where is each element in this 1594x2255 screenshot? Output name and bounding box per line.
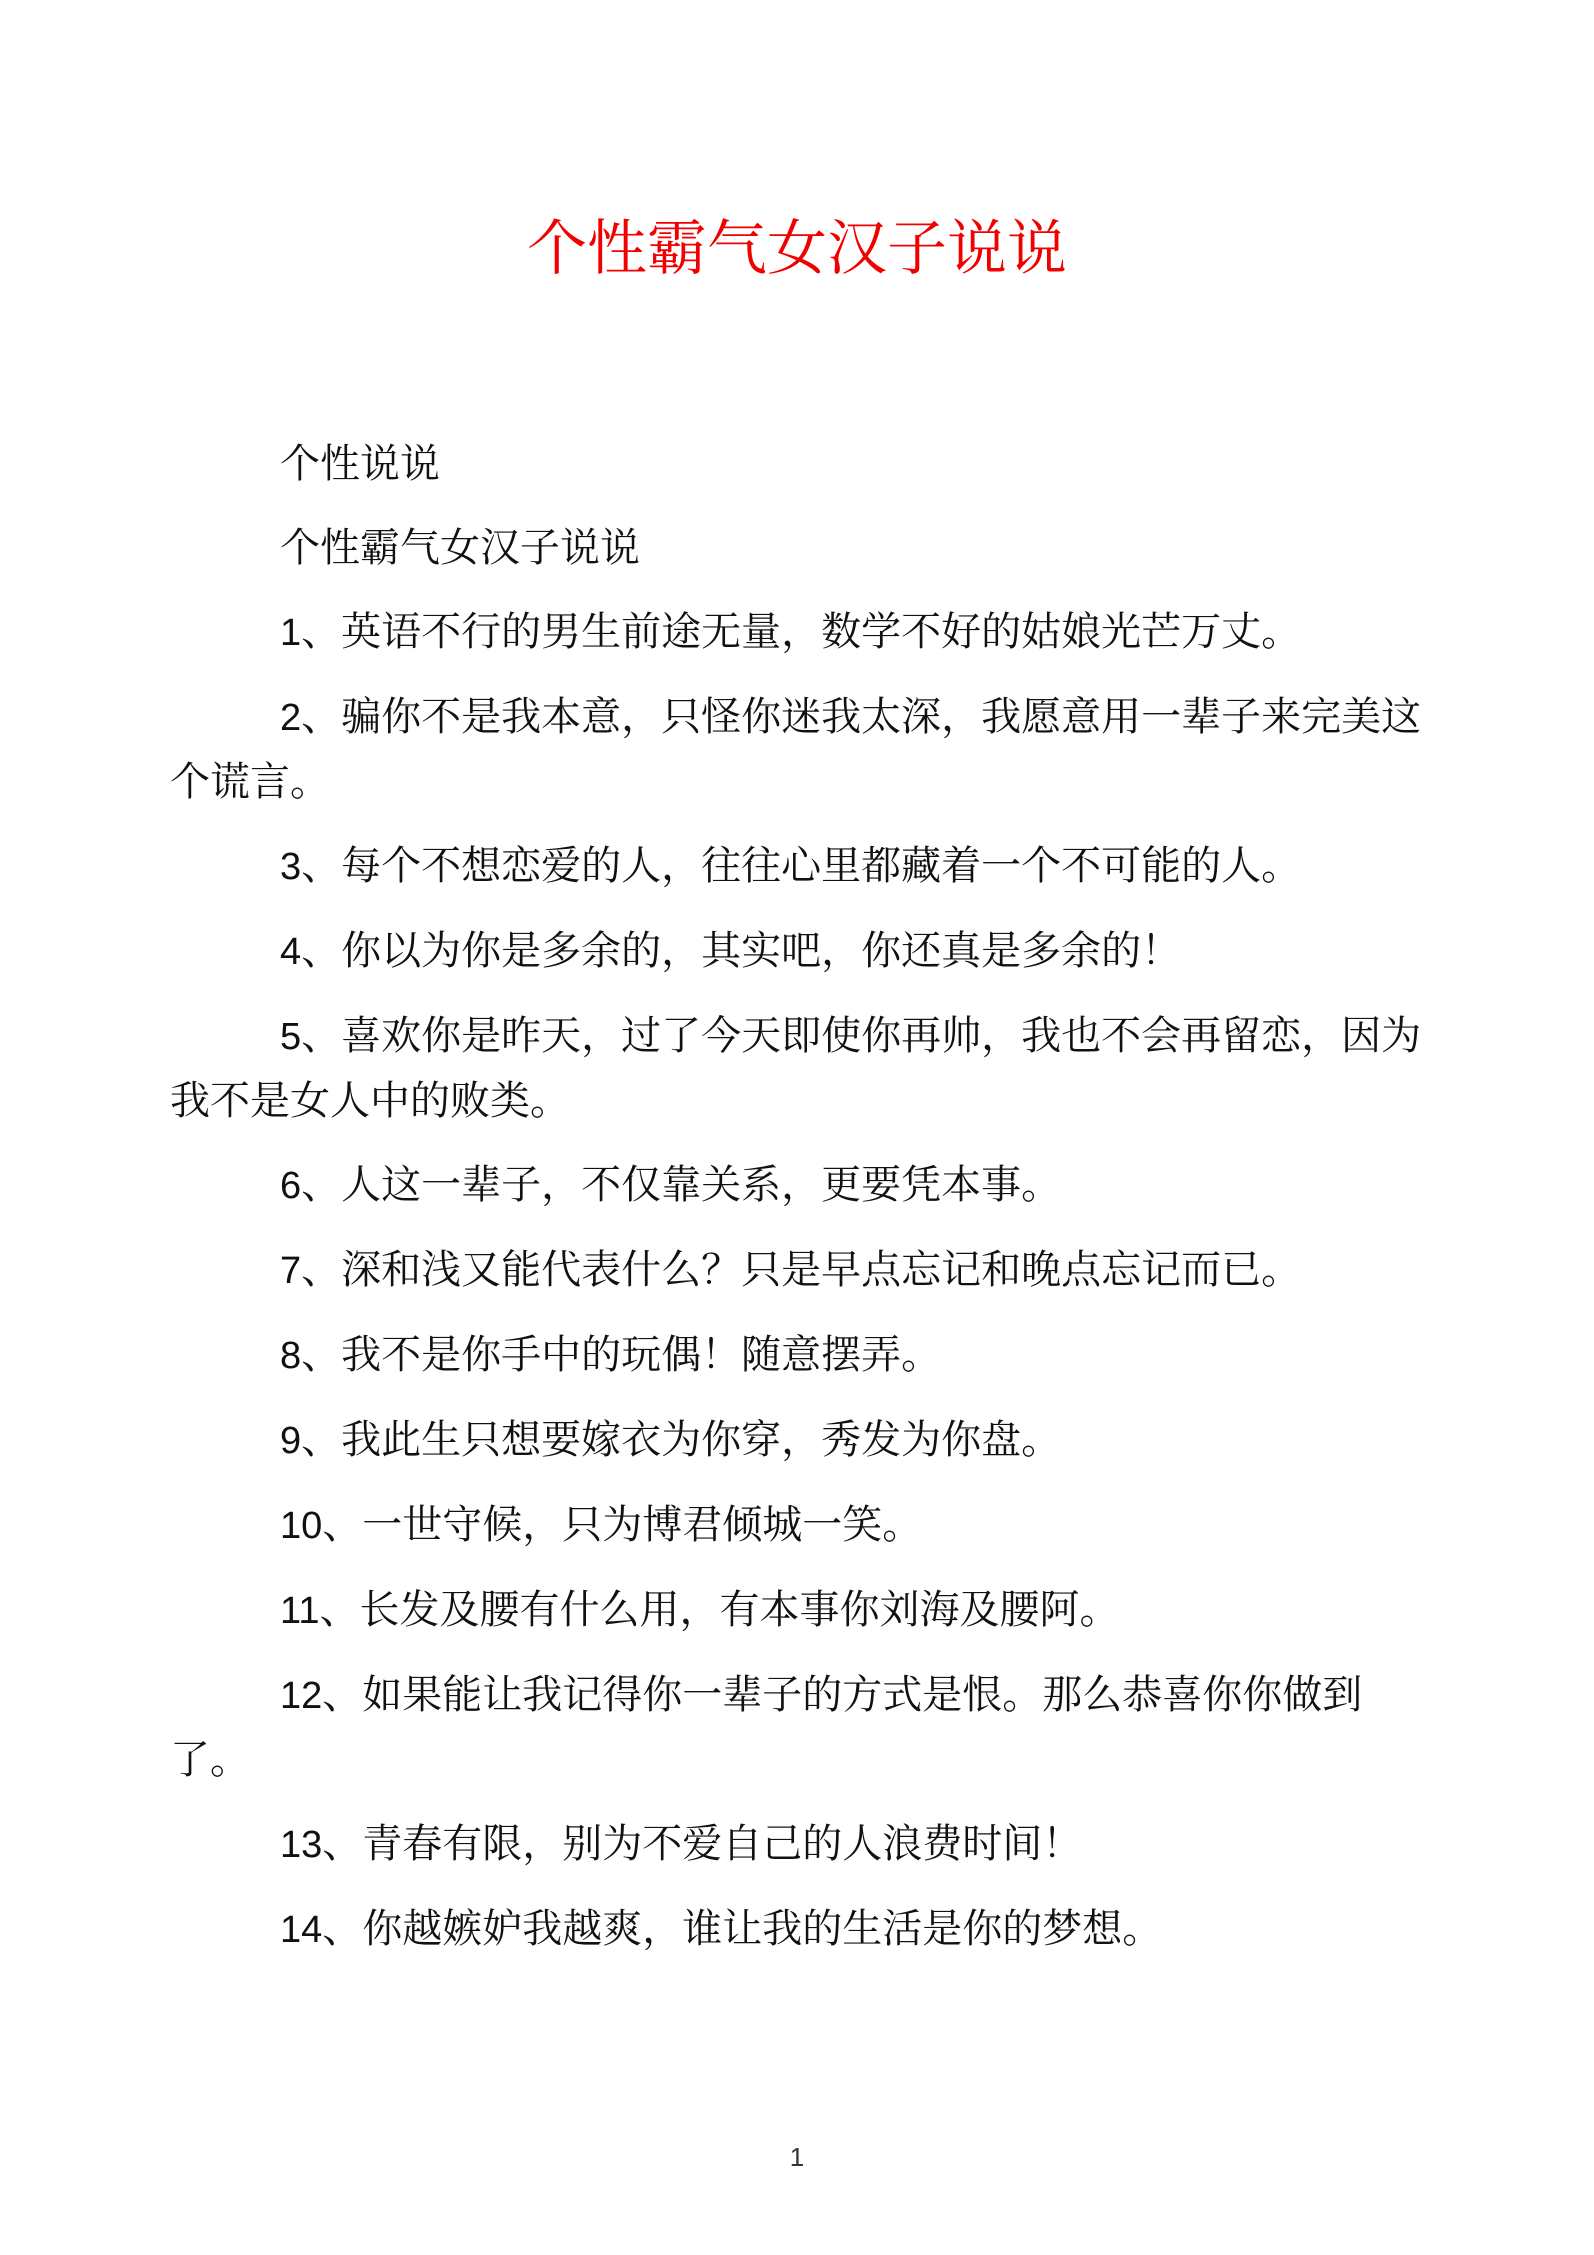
- document-title: 个性霸气女汉子说说: [0, 215, 1594, 284]
- saying-item: 7、深和浅又能代表什么？只是早点忘记和晚点忘记而已。: [170, 1238, 1424, 1303]
- saying-item: 11、长发及腰有什么用，有本事你刘海及腰阿。: [170, 1578, 1424, 1643]
- item-text: 、我不是你手中的玩偶！随意摆弄。: [301, 1332, 941, 1377]
- saying-item: 2、骗你不是我本意，只怪你迷我太深，我愿意用一辈子来完美这个谎言。: [170, 685, 1424, 814]
- item-number: 8: [280, 1335, 301, 1377]
- item-number: 6: [280, 1165, 301, 1207]
- item-text: 、深和浅又能代表什么？只是早点忘记和晚点忘记而已。: [301, 1247, 1301, 1292]
- item-number: 12: [280, 1675, 322, 1717]
- document-body: 个性说说 个性霸气女汉子说说 1、英语不行的男生前途无量，数学不好的姑娘光芒万丈…: [170, 432, 1424, 1962]
- item-number: 13: [280, 1824, 322, 1866]
- saying-item: 9、我此生只想要嫁衣为你穿，秀发为你盘。: [170, 1408, 1424, 1473]
- document-page: 个性霸气女汉子说说 个性说说 个性霸气女汉子说说 1、英语不行的男生前途无量，数…: [0, 0, 1594, 2255]
- item-text: 、骗你不是我本意，只怪你迷我太深，我愿意用一辈子来完美这个谎言。: [170, 694, 1421, 804]
- item-number: 4: [280, 931, 301, 973]
- saying-item: 10、一世守候，只为博君倾城一笑。: [170, 1493, 1424, 1558]
- item-number: 11: [280, 1590, 319, 1632]
- item-number: 1: [280, 612, 301, 654]
- page-number: 1: [0, 2142, 1594, 2173]
- item-text: 、英语不行的男生前途无量，数学不好的姑娘光芒万丈。: [301, 609, 1301, 654]
- item-text: 、我此生只想要嫁衣为你穿，秀发为你盘。: [301, 1417, 1061, 1462]
- saying-item: 8、我不是你手中的玩偶！随意摆弄。: [170, 1323, 1424, 1388]
- item-number: 10: [280, 1505, 322, 1547]
- item-text: 、青春有限，别为不爱自己的人浪费时间！: [322, 1821, 1082, 1866]
- item-number: 5: [280, 1016, 301, 1058]
- item-number: 14: [280, 1909, 322, 1951]
- item-number: 7: [280, 1250, 301, 1292]
- saying-item: 1、英语不行的男生前途无量，数学不好的姑娘光芒万丈。: [170, 600, 1424, 665]
- item-text: 、人这一辈子，不仅靠关系，更要凭本事。: [301, 1162, 1061, 1207]
- item-number: 3: [280, 846, 301, 888]
- item-number: 9: [280, 1420, 301, 1462]
- item-text: 、你以为你是多余的，其实吧，你还真是多余的！: [301, 928, 1181, 973]
- saying-item: 12、如果能让我记得你一辈子的方式是恨。那么恭喜你你做到了。: [170, 1663, 1424, 1792]
- intro-line: 个性霸气女汉子说说: [170, 516, 1424, 580]
- saying-item: 4、你以为你是多余的，其实吧，你还真是多余的！: [170, 919, 1424, 984]
- item-text: 、一世守候，只为博君倾城一笑。: [322, 1502, 922, 1547]
- saying-item: 5、喜欢你是昨天，过了今天即使你再帅，我也不会再留恋，因为我不是女人中的败类。: [170, 1004, 1424, 1133]
- item-text: 、长发及腰有什么用，有本事你刘海及腰阿。: [319, 1587, 1119, 1632]
- item-text: 、喜欢你是昨天，过了今天即使你再帅，我也不会再留恋，因为我不是女人中的败类。: [170, 1013, 1421, 1123]
- item-number: 2: [280, 697, 301, 739]
- item-text: 、每个不想恋爱的人，往往心里都藏着一个不可能的人。: [301, 843, 1301, 888]
- saying-item: 13、青春有限，别为不爱自己的人浪费时间！: [170, 1812, 1424, 1877]
- item-text: 、如果能让我记得你一辈子的方式是恨。那么恭喜你你做到了。: [170, 1672, 1362, 1782]
- intro-line: 个性说说: [170, 432, 1424, 496]
- saying-item: 3、每个不想恋爱的人，往往心里都藏着一个不可能的人。: [170, 834, 1424, 899]
- saying-item: 6、人这一辈子，不仅靠关系，更要凭本事。: [170, 1153, 1424, 1218]
- item-text: 、你越嫉妒我越爽，谁让我的生活是你的梦想。: [322, 1906, 1162, 1951]
- saying-item: 14、你越嫉妒我越爽，谁让我的生活是你的梦想。: [170, 1897, 1424, 1962]
